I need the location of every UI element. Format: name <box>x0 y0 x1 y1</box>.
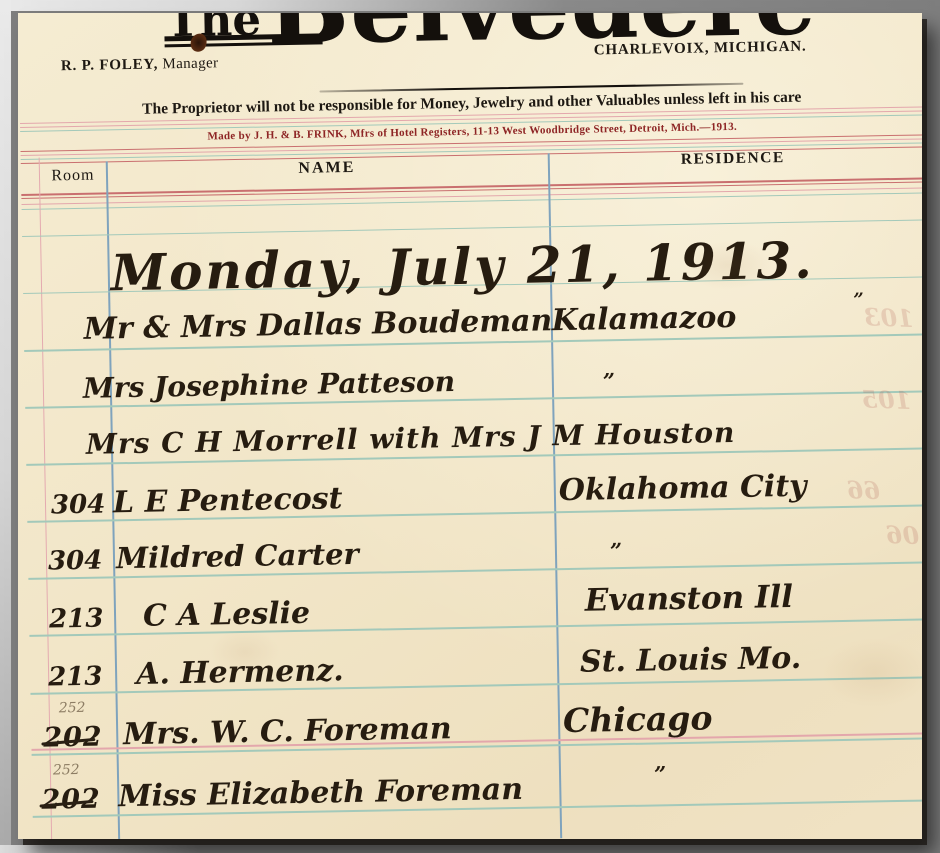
bleedthrough-numeral: 105 <box>861 384 912 415</box>
guest-name: Mildred Carter <box>116 537 359 575</box>
register-page: The Belvedere R. P. FOLEY, Manager CHARL… <box>18 13 922 839</box>
manager-title: Manager <box>162 55 218 72</box>
date-heading: Monday, July 21, 1913. <box>110 230 815 302</box>
room-number: 213 <box>48 662 103 693</box>
guest-name: L E Pentecost <box>113 481 343 520</box>
room-number: 304 <box>48 546 103 577</box>
scanned-hotel-register: { "masthead": { "the": "The", "name": "B… <box>0 0 940 853</box>
stray-mark: ” <box>853 290 864 311</box>
guest-residence: St. Louis Mo. <box>580 641 802 680</box>
guest-residence: Chicago <box>563 698 713 740</box>
bleedthrough-numeral: 106 <box>885 520 922 551</box>
paper-stain <box>820 636 922 708</box>
guest-name: Mr & Mrs Dallas Boudeman <box>83 303 552 347</box>
column-header-residence: RESIDENCE <box>548 147 918 172</box>
guest-name: Miss Elizabeth Foreman <box>118 772 523 814</box>
guest-name: C A Leslie <box>143 596 311 634</box>
bleedthrough-numeral: 66 <box>846 475 880 505</box>
manager-name: R. P. FOLEY, <box>61 56 159 74</box>
guest-residence: Kalamazoo <box>551 300 736 338</box>
guest-residence: Oklahoma City <box>559 469 807 509</box>
ink-smudge <box>190 34 206 52</box>
room-number: 213 <box>49 604 104 635</box>
ditto-mark: ” <box>654 761 667 786</box>
guest-name: A. Hermenz. <box>136 653 344 692</box>
room-number-correction: 252 <box>53 762 80 778</box>
screenshot-frame-left <box>0 0 11 853</box>
bleedthrough-numeral: 103 <box>863 302 914 333</box>
room-number: 304 <box>51 489 106 520</box>
room-number-correction: 252 <box>59 700 86 716</box>
screenshot-frame-top <box>0 0 940 11</box>
guest-residence: Evanston Ill <box>585 579 794 619</box>
ditto-mark: ” <box>603 368 616 393</box>
manager-line: R. P. FOLEY, Manager <box>61 55 219 75</box>
ditto-mark: ” <box>610 538 623 563</box>
guest-name: Mrs Josephine Patteson <box>83 365 456 405</box>
guest-name: Mrs. W. C. Foreman <box>123 711 452 752</box>
page-content: The Belvedere R. P. FOLEY, Manager CHARL… <box>18 13 922 839</box>
screenshot-frame-bottom <box>0 845 200 853</box>
column-header-room: Room <box>43 166 103 185</box>
